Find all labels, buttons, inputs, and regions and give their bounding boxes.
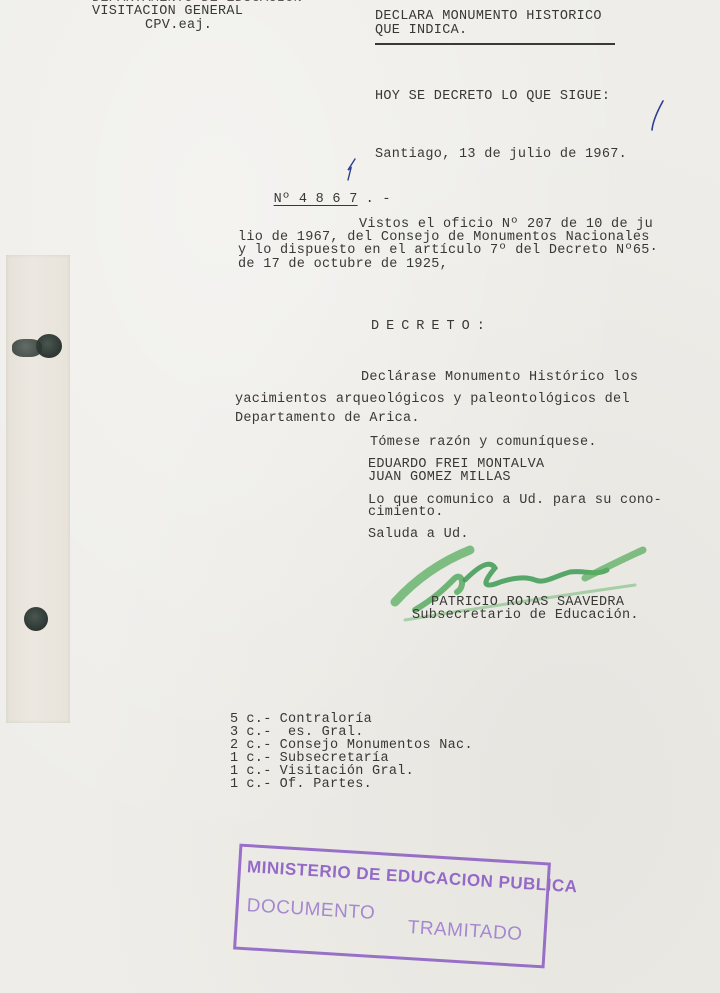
resolution-line: Departamento de Arica. xyxy=(235,412,420,425)
document-page: DEPARTAMENTO DE EDUCACION VISITACION GEN… xyxy=(0,0,720,993)
copy-count: 1 xyxy=(230,777,238,792)
signatory-title: Subsecretario de Educación. xyxy=(412,609,639,622)
subject-line-1: DECLARA MONUMENTO HISTORICO xyxy=(375,10,602,23)
place-date: Santiago, 13 de julio de 1967. xyxy=(375,148,627,161)
punch-hole-bottom xyxy=(24,607,48,631)
resolution-line: yacimientos arqueológicos y paleontológi… xyxy=(235,393,630,406)
binding-tape-strip xyxy=(6,255,70,723)
decreto-heading: DECRETO: xyxy=(371,320,492,333)
consideration-line: y lo dispuesto en el artículo 7º del Dec… xyxy=(238,244,658,257)
decree-number-label: Nº 4 8 6 7 xyxy=(274,192,358,207)
consideration-line: de 17 de octubre de 1925, xyxy=(238,258,448,271)
pen-check-mark xyxy=(645,98,675,138)
stamp-document: DOCUMENTO xyxy=(246,895,376,925)
copy-separator: c.- xyxy=(246,777,271,792)
subject-rule xyxy=(375,43,615,45)
signer-minister: JUAN GOMEZ MILLAS xyxy=(368,471,511,484)
subject-line-2: QUE INDICA. xyxy=(375,24,467,37)
notice-line: cimiento. xyxy=(368,506,444,519)
stamp-tramitado: TRAMITADO xyxy=(407,917,523,946)
ministry-stamp: MINISTERIO DE EDUCACION PUBLICA DOCUMENT… xyxy=(233,844,551,969)
distribution-item: 1c.-Of. Partes. xyxy=(230,778,372,791)
stamp-ministry: MINISTERIO DE EDUCACION PUBLICA xyxy=(246,857,578,897)
header-initials: CPV.eaj. xyxy=(145,19,212,32)
decree-number: Nº 4 8 6 7. - xyxy=(240,180,391,219)
decree-number-suffix: . - xyxy=(366,192,391,207)
opening-line: HOY SE DECRETO LO QUE SIGUE: xyxy=(375,90,610,103)
copy-recipient: Of. Partes. xyxy=(280,777,372,792)
resolution-line: Declárase Monumento Histórico los xyxy=(235,371,638,384)
punch-hole-top-smear xyxy=(12,339,42,357)
header-office: VISITACION GENERAL xyxy=(92,5,243,18)
comuniquese-line: Tómese razón y comuníquese. xyxy=(370,436,597,449)
